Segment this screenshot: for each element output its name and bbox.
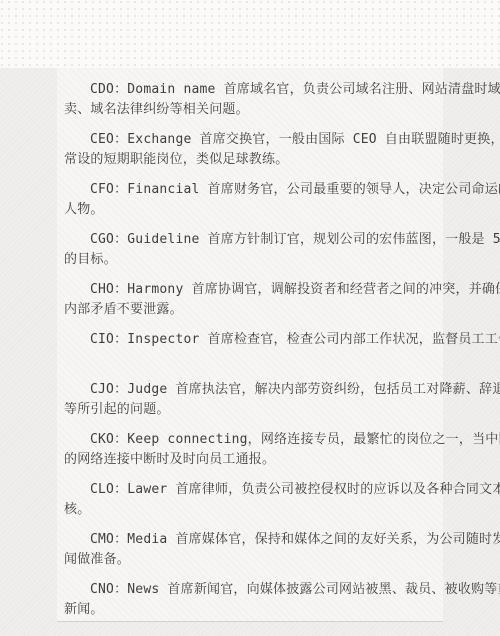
glossary-entry-cgo: CGO：Guideline 首席方针制订官，规划公司的宏伟蓝图，一般是 5 年以…: [64, 230, 436, 270]
entry-line: 人物。: [64, 200, 436, 220]
entry-line: CMO：Media 首席媒体官，保持和媒体之间的友好关系，为公司随时发布新: [64, 530, 436, 550]
entry-line: 常设的短期职能岗位，类似足球教练。: [64, 150, 436, 170]
entry-line: CNO：News 首席新闻官，向媒体披露公司网站被黑、裁员、被收购等重大: [64, 580, 436, 600]
entry-line: 卖、域名法律纠纷等相关问题。: [64, 100, 436, 120]
entry-line: CJO：Judge 首席执法官，解决内部劳资纠纷，包括员工对降薪、辞退补偿: [64, 380, 436, 400]
entry-line: 新闻。: [64, 600, 436, 620]
entry-line: 的网络连接中断时及时向员工通报。: [64, 450, 436, 470]
entry-line: CIO：Inspector 首席检查官，检查公司内部工作状况，监督员工工作态度。: [64, 330, 436, 350]
entry-line: 核。: [64, 500, 436, 520]
entry-line: CLO：Lawer 首席律师，负责公司被控侵权时的应诉以及各种合同文本的审: [64, 480, 436, 500]
entry-line: CDO：Domain name 首席域名官，负责公司域名注册、网站清盘时域名的拍: [64, 80, 436, 100]
glossary-entry-cdo: CDO：Domain name 首席域名官，负责公司域名注册、网站清盘时域名的拍…: [64, 80, 436, 120]
entry-line: 的目标。: [64, 250, 436, 270]
glossary-entry-cmo: CMO：Media 首席媒体官，保持和媒体之间的友好关系，为公司随时发布新闻做准…: [64, 530, 436, 570]
glossary-entry-cio: CIO：Inspector 首席检查官，检查公司内部工作状况，监督员工工作态度。: [64, 330, 436, 350]
entry-line: 闻做准备。: [64, 550, 436, 570]
dotted-texture-band: [0, 0, 500, 68]
page-bottom-edge: [57, 621, 443, 622]
glossary-entry-ceo: CEO：Exchange 首席交换官，一般由国际 CEO 自由联盟随时更换，是一…: [64, 130, 436, 170]
entry-line: CEO：Exchange 首席交换官，一般由国际 CEO 自由联盟随时更换，是一…: [64, 130, 436, 150]
glossary-entry-cno: CNO：News 首席新闻官，向媒体披露公司网站被黑、裁员、被收购等重大新闻。: [64, 580, 436, 620]
entry-line: CKO：Keep connecting，网络连接专员，最繁忙的岗位之一，当中国电…: [64, 430, 436, 450]
entry-line: 等所引起的问题。: [64, 400, 436, 420]
scanned-document-screenshot: { "colors": { "text": "#3f3e3c", "page_b…: [0, 0, 500, 636]
glossary-entry-cfo: CFO：Financial 首席财务官，公司最重要的领导人，决定公司命运的主要人…: [64, 180, 436, 220]
glossary-list: CDO：Domain name 首席域名官，负责公司域名注册、网站清盘时域名的拍…: [64, 80, 436, 620]
entry-line: CGO：Guideline 首席方针制订官，规划公司的宏伟蓝图，一般是 5 年以…: [64, 230, 436, 250]
glossary-entry-cko: CKO：Keep connecting，网络连接专员，最繁忙的岗位之一，当中国电…: [64, 430, 436, 470]
entry-line: CHO：Harmony 首席协调官，调解投资者和经营者之间的冲突，并确保公司: [64, 280, 436, 300]
glossary-entry-cho: CHO：Harmony 首席协调官，调解投资者和经营者之间的冲突，并确保公司内部…: [64, 280, 436, 320]
document-page: CDO：Domain name 首席域名官，负责公司域名注册、网站清盘时域名的拍…: [57, 68, 443, 622]
glossary-entry-cjo: CJO：Judge 首席执法官，解决内部劳资纠纷，包括员工对降薪、辞退补偿等所引…: [64, 380, 436, 420]
entry-line: CFO：Financial 首席财务官，公司最重要的领导人，决定公司命运的主要: [64, 180, 436, 200]
entry-line: 内部矛盾不要泄露。: [64, 300, 436, 320]
glossary-entry-clo: CLO：Lawer 首席律师，负责公司被控侵权时的应诉以及各种合同文本的审核。: [64, 480, 436, 520]
